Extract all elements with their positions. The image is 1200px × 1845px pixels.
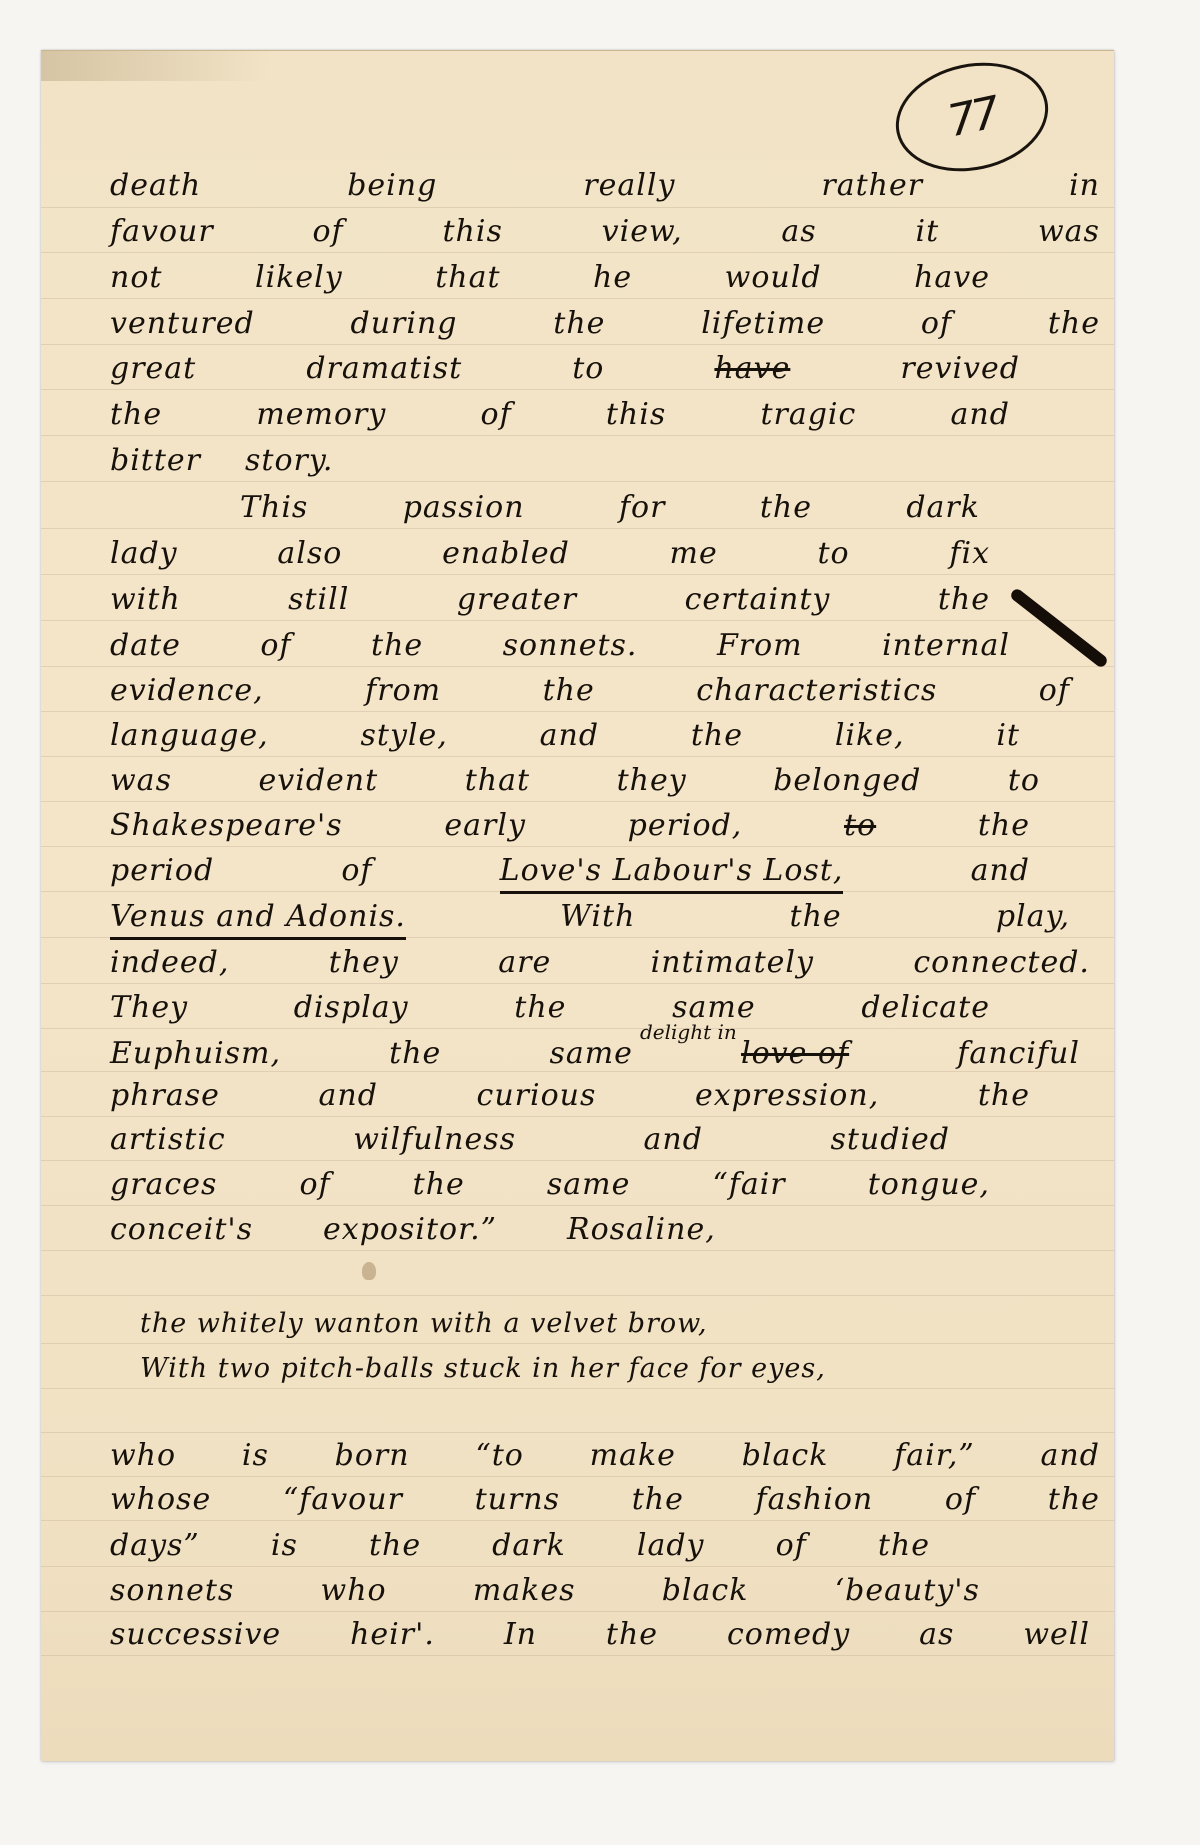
word: dramatist xyxy=(306,351,462,387)
word: memory xyxy=(256,397,386,433)
ruled-line xyxy=(41,1611,1114,1612)
word: of xyxy=(776,1528,807,1564)
word: style, xyxy=(361,718,448,754)
word: rather xyxy=(821,168,923,204)
word: the xyxy=(413,1167,465,1203)
manuscript-line: This passion for the dark xyxy=(240,490,980,526)
ruled-line xyxy=(41,574,1114,575)
word: the xyxy=(878,1528,930,1564)
word: that xyxy=(435,260,500,296)
word: of xyxy=(312,214,343,250)
ruled-line xyxy=(41,389,1114,390)
word: expression, xyxy=(695,1078,879,1114)
word: period xyxy=(110,853,214,894)
word: “favour xyxy=(283,1482,403,1518)
word: graces xyxy=(110,1167,217,1203)
struck-word: to xyxy=(844,808,876,844)
word: the xyxy=(938,582,990,618)
word: he xyxy=(593,260,632,296)
word: was xyxy=(110,763,172,799)
word: lady xyxy=(110,536,178,572)
word: characteristics xyxy=(696,673,937,709)
word: whose xyxy=(110,1482,211,1518)
manuscript-line: phrase and curious expression, the xyxy=(110,1078,1030,1114)
word: like, xyxy=(835,718,905,754)
word: conceit's xyxy=(110,1212,253,1248)
ruled-line xyxy=(41,207,1114,208)
word: belonged xyxy=(773,763,921,799)
word: Rosaline, xyxy=(567,1212,716,1248)
ruled-line xyxy=(41,344,1114,345)
ruled-line xyxy=(41,711,1114,712)
word: me xyxy=(670,536,718,572)
word: Euphuism, xyxy=(110,1036,281,1072)
ruled-line xyxy=(41,528,1114,529)
word: ‘beauty's xyxy=(835,1573,980,1609)
word: indeed, xyxy=(110,945,229,981)
word: the xyxy=(632,1482,684,1518)
word: it xyxy=(996,718,1020,754)
word: from xyxy=(365,673,441,709)
manuscript-line: period of Love's Labour's Lost, and xyxy=(110,853,1030,894)
word: curious xyxy=(477,1078,597,1114)
word: early xyxy=(444,808,526,844)
ruled-line xyxy=(41,1655,1114,1656)
ruled-line xyxy=(41,846,1114,847)
manuscript-line: who is born “to make black fair,” and xyxy=(110,1438,1100,1474)
word: and xyxy=(319,1078,378,1114)
ruled-line xyxy=(41,1343,1114,1344)
word: fanciful xyxy=(957,1036,1080,1072)
word: lifetime xyxy=(701,306,825,342)
word: to xyxy=(1008,763,1040,799)
word: tragic xyxy=(760,397,856,433)
manuscript-line: graces of the same “fair tongue, xyxy=(110,1167,990,1203)
word: are xyxy=(498,945,551,981)
verse-text: the whitely wanton with a velvet brow, xyxy=(140,1306,708,1342)
word: of xyxy=(260,628,291,664)
manuscript-line: days” is the dark lady of the xyxy=(110,1528,930,1564)
word: the xyxy=(691,718,743,754)
word: delicate xyxy=(861,990,990,1026)
manuscript-line: successive heir'. In the comedy as well xyxy=(110,1617,1090,1653)
ruled-line xyxy=(41,1476,1114,1477)
ruled-line xyxy=(41,1160,1114,1161)
word: revived xyxy=(900,351,1020,387)
word: evidence, xyxy=(110,673,264,709)
manuscript-line: the memory of this tragic and xyxy=(110,397,1010,433)
word: sonnets. xyxy=(503,628,638,664)
manuscript-line: Euphuism, the same love of fanciful xyxy=(110,1036,1080,1072)
word: really xyxy=(583,168,675,204)
word: successive xyxy=(110,1617,281,1653)
word: This xyxy=(240,490,308,526)
word: dark xyxy=(492,1528,566,1564)
manuscript-line: not likely that he would have xyxy=(110,260,990,296)
manuscript-line: was evident that they belonged to xyxy=(110,763,1040,799)
word: black xyxy=(742,1438,829,1474)
ruled-line xyxy=(41,756,1114,757)
word: favour xyxy=(110,214,214,250)
word: the xyxy=(790,899,842,940)
word: bitter xyxy=(110,443,201,479)
word: “fair xyxy=(712,1167,785,1203)
word: of xyxy=(481,397,512,433)
manuscript-line: language, style, and the like, it xyxy=(110,718,1020,754)
manuscript-line: bitter story. xyxy=(110,443,1100,479)
word: the xyxy=(389,1036,441,1072)
word: who xyxy=(110,1438,176,1474)
ruled-line xyxy=(41,1205,1114,1206)
ruled-line xyxy=(41,435,1114,436)
word: being xyxy=(347,168,437,204)
page-number-text: 77 xyxy=(943,87,1001,147)
word: of xyxy=(1039,673,1070,709)
word: passion xyxy=(403,490,525,526)
word: Shakespeare's xyxy=(110,808,343,844)
word: who xyxy=(321,1573,387,1609)
word: the xyxy=(369,1528,421,1564)
manuscript-line: ventured during the lifetime of the xyxy=(110,306,1100,342)
word: it xyxy=(916,214,940,250)
word: the xyxy=(1048,1482,1100,1518)
word: comedy xyxy=(727,1617,850,1653)
word: wilfulness xyxy=(353,1122,516,1158)
word: same xyxy=(547,1167,630,1203)
word: and xyxy=(971,853,1030,894)
word: during xyxy=(350,306,457,342)
ruled-line xyxy=(41,620,1114,621)
word: the xyxy=(1048,306,1100,342)
manuscript-line: death being really rather in xyxy=(110,168,1100,204)
word: artistic xyxy=(110,1122,226,1158)
word: the xyxy=(978,1078,1030,1114)
ruled-line xyxy=(41,1566,1114,1567)
word: language, xyxy=(110,718,269,754)
word: great xyxy=(110,351,196,387)
manuscript-line: Shakespeare's early period, to the xyxy=(110,808,1030,844)
ruled-line xyxy=(41,1295,1114,1296)
manuscript-line: lady also enabled me to fix xyxy=(110,536,990,572)
manuscript-line: date of the sonnets. From internal xyxy=(110,628,1010,664)
word: and xyxy=(540,718,599,754)
word: the xyxy=(606,1617,658,1653)
manuscript-line: artistic wilfulness and studied xyxy=(110,1122,950,1158)
word: days” xyxy=(110,1528,200,1564)
word: is xyxy=(271,1528,298,1564)
word: not xyxy=(110,260,162,296)
struck-word: have xyxy=(714,351,790,387)
word: turns xyxy=(475,1482,560,1518)
word: also xyxy=(277,536,342,572)
word: the xyxy=(760,490,812,526)
word: studied xyxy=(830,1122,950,1158)
word: as xyxy=(919,1617,954,1653)
underlined-title: Venus and Adonis. xyxy=(110,899,406,940)
word: they xyxy=(329,945,399,981)
ruled-line xyxy=(41,983,1114,984)
ruled-line xyxy=(41,481,1114,482)
word: period, xyxy=(628,808,743,844)
ruled-line xyxy=(41,1432,1114,1433)
word: and xyxy=(1041,1438,1100,1474)
word: still xyxy=(288,582,349,618)
verse-text: With two pitch-balls stuck in her face f… xyxy=(140,1351,826,1387)
word: well xyxy=(1023,1617,1090,1653)
word: of xyxy=(299,1167,330,1203)
word: of xyxy=(921,306,952,342)
word: date xyxy=(110,628,181,664)
word: “to xyxy=(475,1438,523,1474)
word: as xyxy=(781,214,816,250)
word: same xyxy=(549,1036,632,1072)
word: dark xyxy=(906,490,980,526)
word: expositor.” xyxy=(323,1212,497,1248)
paper-stain xyxy=(362,1262,376,1280)
word: make xyxy=(590,1438,676,1474)
word: lady xyxy=(637,1528,705,1564)
ruled-line xyxy=(41,1250,1114,1251)
word: is xyxy=(242,1438,269,1474)
ruled-line xyxy=(41,1520,1114,1521)
word: for xyxy=(619,490,666,526)
ruled-line xyxy=(41,298,1114,299)
manuscript-line: favour of this view, as it was xyxy=(110,214,1100,250)
word: black xyxy=(662,1573,749,1609)
word: death xyxy=(110,168,201,204)
manuscript-line: with still greater certainty the xyxy=(110,582,990,618)
word: was xyxy=(1038,214,1100,250)
manuscript-line: They display the same delicate xyxy=(110,990,990,1026)
word: enabled xyxy=(442,536,570,572)
word: certainty xyxy=(685,582,831,618)
word: fashion xyxy=(756,1482,874,1518)
word: heir'. xyxy=(350,1617,435,1653)
word: In xyxy=(504,1617,537,1653)
word: intimately xyxy=(651,945,814,981)
word: the xyxy=(543,673,595,709)
word: and xyxy=(951,397,1010,433)
word: view, xyxy=(602,214,683,250)
word: fix xyxy=(949,536,990,572)
word: to xyxy=(572,351,604,387)
word: From xyxy=(717,628,803,664)
word: sonnets xyxy=(110,1573,234,1609)
manuscript-line: sonnets who makes black ‘beauty's xyxy=(110,1573,980,1609)
word: have xyxy=(914,260,990,296)
ruled-line xyxy=(41,1116,1114,1117)
word: display xyxy=(294,990,409,1026)
word: in xyxy=(1069,168,1100,204)
word: With xyxy=(560,899,635,940)
quoted-verse-line: With two pitch-balls stuck in her face f… xyxy=(140,1351,1110,1387)
struck-word: love of xyxy=(741,1036,849,1072)
manuscript-line: evidence, from the characteristics of xyxy=(110,673,1070,709)
manuscript-line: conceit's expositor.” Rosaline, xyxy=(110,1212,1100,1248)
manuscript-line: Venus and Adonis. With the play, xyxy=(110,899,1070,940)
word: born xyxy=(335,1438,410,1474)
word: fair,” xyxy=(894,1438,975,1474)
quoted-verse-line: the whitely wanton with a velvet brow, xyxy=(140,1306,1110,1342)
word: they xyxy=(617,763,687,799)
word: internal xyxy=(882,628,1010,664)
word: this xyxy=(606,397,666,433)
word: the xyxy=(371,628,423,664)
word: of xyxy=(945,1482,976,1518)
word: evident xyxy=(259,763,379,799)
ruled-line xyxy=(41,252,1114,253)
underlined-title: Love's Labour's Lost, xyxy=(500,853,844,894)
word: that xyxy=(465,763,530,799)
word: the xyxy=(553,306,605,342)
word: and xyxy=(644,1122,703,1158)
ruled-line xyxy=(41,666,1114,667)
word: ventured xyxy=(110,306,255,342)
word: phrase xyxy=(110,1078,220,1114)
word: this xyxy=(442,214,502,250)
manuscript-line: whose “favour turns the fashion of the xyxy=(110,1482,1100,1518)
word: story. xyxy=(245,443,333,479)
word: the xyxy=(978,808,1030,844)
ruled-line xyxy=(41,1028,1114,1029)
word: the xyxy=(514,990,566,1026)
word: greater xyxy=(457,582,577,618)
ruled-line xyxy=(41,1388,1114,1389)
manuscript-line: indeed, they are intimately connected. xyxy=(110,945,1090,981)
word: the xyxy=(110,397,162,433)
manuscript-line: great dramatist to have revived xyxy=(110,351,1020,387)
word: play, xyxy=(996,899,1070,940)
word: makes xyxy=(473,1573,576,1609)
word: of xyxy=(341,853,372,894)
word: to xyxy=(818,536,850,572)
ruled-line xyxy=(41,801,1114,802)
word: They xyxy=(110,990,188,1026)
word: connected. xyxy=(913,945,1090,981)
word: tongue, xyxy=(868,1167,990,1203)
word: likely xyxy=(255,260,343,296)
word: with xyxy=(110,582,181,618)
word: would xyxy=(725,260,822,296)
